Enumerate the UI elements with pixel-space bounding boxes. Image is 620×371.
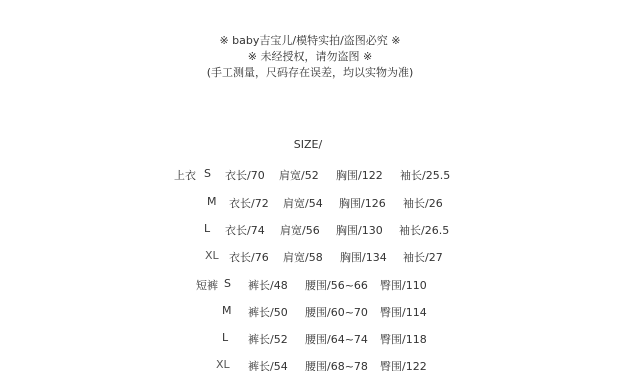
waist-value: 腰围/56~66 [305,277,368,293]
shorts-category-label: 短裤 [196,277,218,293]
copyright-notice: ※ baby吉宝儿/模特实拍/盗图必究 ※ [0,32,620,48]
hip-value: 臀围/122 [380,358,427,371]
chest-value: 胸围/134 [340,249,387,265]
shoulder-value: 肩宽/52 [279,167,319,183]
length-value: 衣长/70 [225,167,265,183]
waist-value: 腰围/60~70 [305,304,368,320]
length-value: 裤长/48 [248,277,288,293]
size-label: L [222,331,228,344]
measurement-note: (手工测量，尺码存在误差，均以实物为准) [0,64,620,80]
authorization-notice: ※ 未经授权，请勿盗图 ※ [0,48,620,64]
length-value: 裤长/54 [248,358,288,371]
size-label: M [207,195,217,208]
size-label: XL [205,249,219,262]
length-value: 裤长/50 [248,304,288,320]
length-value: 衣长/74 [225,222,265,238]
tops-category-label: 上衣 [174,167,196,183]
sleeve-value: 袖长/26.5 [399,222,449,238]
length-value: 衣长/72 [229,195,269,211]
chest-value: 胸围/122 [336,167,383,183]
waist-value: 腰围/68~78 [305,358,368,371]
sleeve-value: 袖长/27 [403,249,443,265]
sleeve-value: 袖长/26 [403,195,443,211]
size-label: L [204,222,210,235]
hip-value: 臀围/110 [380,277,427,293]
size-title: SIZE/ [0,138,618,151]
length-value: 衣长/76 [229,249,269,265]
size-label: M [222,304,232,317]
chest-value: 胸围/126 [339,195,386,211]
shoulder-value: 肩宽/56 [280,222,320,238]
shoulder-value: 肩宽/54 [283,195,323,211]
length-value: 裤长/52 [248,331,288,347]
chest-value: 胸围/130 [336,222,383,238]
waist-value: 腰围/64~74 [305,331,368,347]
hip-value: 臀围/114 [380,304,427,320]
sleeve-value: 袖长/25.5 [400,167,450,183]
shoulder-value: 肩宽/58 [283,249,323,265]
size-label: S [224,277,231,290]
hip-value: 臀围/118 [380,331,427,347]
size-label: XL [216,358,230,371]
size-label: S [204,167,211,180]
